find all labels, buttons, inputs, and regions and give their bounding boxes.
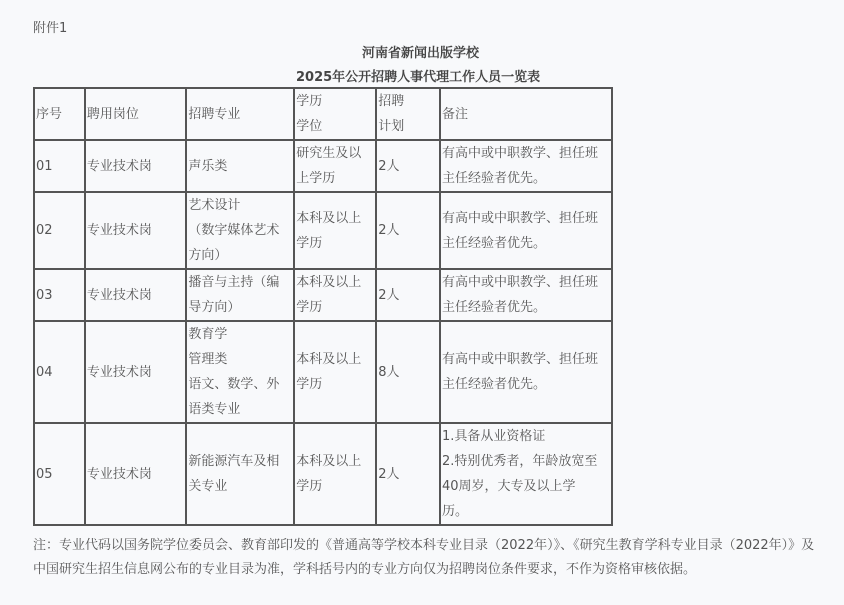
cell-major-line: 方向）: [188, 243, 292, 268]
cell-major-line: 语文、数学、外: [188, 372, 292, 397]
cell-edu-line: 学历: [296, 231, 374, 256]
cell-major-line: （数字媒体艺术: [188, 218, 292, 243]
cell-remark-line: 主任经验者优先。: [442, 166, 610, 191]
cell-edu: 本科及以上学历: [294, 423, 376, 525]
header-edu-line: 学历: [296, 89, 374, 114]
cell-remark-line: 2.特别优秀者，年龄放宽至: [442, 449, 610, 474]
cell-major-line: 艺术设计: [188, 193, 292, 218]
recruitment-table: 序号 聘用岗位 招聘专业 学历 学位 招聘 计划 备注 01专业技术岗声乐类研究…: [33, 87, 613, 526]
cell-plan: 2人: [376, 423, 440, 525]
cell-position: 专业技术岗: [85, 321, 187, 423]
cell-remark-line: 主任经验者优先。: [442, 295, 610, 320]
cell-edu: 本科及以上学历: [294, 192, 376, 269]
cell-remark-line: 有高中或中职教学、担任班: [442, 347, 610, 372]
cell-remark-line: 主任经验者优先。: [442, 231, 610, 256]
cell-seq: 02: [34, 192, 85, 269]
cell-remark-line: 40周岁，大专及以上学: [442, 474, 610, 499]
cell-major: 声乐类: [186, 140, 294, 192]
cell-major-line: 管理类: [188, 347, 292, 372]
cell-plan: 2人: [376, 140, 440, 192]
cell-edu: 本科及以上学历: [294, 269, 376, 321]
header-plan: 招聘 计划: [376, 88, 440, 140]
cell-remark-line: 有高中或中职教学、担任班: [442, 206, 610, 231]
cell-major-line: 导方向）: [188, 295, 292, 320]
page-title-table: 2025年公开招聘人事代理工作人员一览表: [296, 66, 540, 85]
attachment-label: 附件1: [33, 17, 67, 36]
cell-edu-line: 学历: [296, 474, 374, 499]
cell-remark: 有高中或中职教学、担任班主任经验者优先。: [440, 192, 612, 269]
cell-position: 专业技术岗: [85, 423, 187, 525]
cell-remark: 有高中或中职教学、担任班主任经验者优先。: [440, 269, 612, 321]
cell-position: 专业技术岗: [85, 140, 187, 192]
cell-plan: 8人: [376, 321, 440, 423]
header-edu: 学历 学位: [294, 88, 376, 140]
header-plan-line: 计划: [378, 114, 438, 139]
cell-major: 艺术设计（数字媒体艺术方向）: [186, 192, 294, 269]
table-row: 03专业技术岗播音与主持（编导方向）本科及以上学历2人有高中或中职教学、担任班主…: [34, 269, 612, 321]
cell-edu: 研究生及以上学历: [294, 140, 376, 192]
cell-edu-line: 本科及以上: [296, 347, 374, 372]
cell-major: 教育学管理类语文、数学、外语类专业: [186, 321, 294, 423]
cell-edu-line: 上学历: [296, 166, 374, 191]
cell-seq: 03: [34, 269, 85, 321]
cell-edu: 本科及以上学历: [294, 321, 376, 423]
footnote: 注：专业代码以国务院学位委员会、教育部印发的《普通高等学校本科专业目录（2022…: [33, 534, 823, 582]
cell-remark-line: 历。: [442, 499, 610, 524]
cell-major-line: 播音与主持（编: [188, 270, 292, 295]
cell-plan: 2人: [376, 192, 440, 269]
cell-major: 新能源汽车及相关专业: [186, 423, 294, 525]
table-row: 01专业技术岗声乐类研究生及以上学历2人有高中或中职教学、担任班主任经验者优先。: [34, 140, 612, 192]
page-title-school: 河南省新闻出版学校: [362, 42, 479, 61]
cell-remark: 有高中或中职教学、担任班主任经验者优先。: [440, 140, 612, 192]
header-edu-line: 学位: [296, 114, 374, 139]
cell-remark: 有高中或中职教学、担任班主任经验者优先。: [440, 321, 612, 423]
cell-edu-line: 学历: [296, 372, 374, 397]
table-header-row: 序号 聘用岗位 招聘专业 学历 学位 招聘 计划 备注: [34, 88, 612, 140]
cell-remark-line: 有高中或中职教学、担任班: [442, 141, 610, 166]
header-plan-line: 招聘: [378, 89, 438, 114]
table-row: 02专业技术岗艺术设计（数字媒体艺术方向）本科及以上学历2人有高中或中职教学、担…: [34, 192, 612, 269]
cell-edu-line: 学历: [296, 295, 374, 320]
cell-major-line: 语类专业: [188, 397, 292, 422]
cell-position: 专业技术岗: [85, 192, 187, 269]
cell-edu-line: 本科及以上: [296, 449, 374, 474]
cell-seq: 01: [34, 140, 85, 192]
cell-remark-line: 1.具备从业资格证: [442, 424, 610, 449]
cell-position: 专业技术岗: [85, 269, 187, 321]
cell-edu-line: 本科及以上: [296, 270, 374, 295]
cell-edu-line: 本科及以上: [296, 206, 374, 231]
header-seq: 序号: [34, 88, 85, 140]
cell-plan: 2人: [376, 269, 440, 321]
cell-remark-line: 主任经验者优先。: [442, 372, 610, 397]
cell-major-line: 关专业: [188, 474, 292, 499]
cell-major-line: 声乐类: [188, 154, 292, 179]
table-row: 05专业技术岗新能源汽车及相关专业本科及以上学历2人1.具备从业资格证2.特别优…: [34, 423, 612, 525]
header-position: 聘用岗位: [85, 88, 187, 140]
cell-major: 播音与主持（编导方向）: [186, 269, 294, 321]
cell-seq: 04: [34, 321, 85, 423]
cell-major-line: 教育学: [188, 322, 292, 347]
cell-major-line: 新能源汽车及相: [188, 449, 292, 474]
header-remark: 备注: [440, 88, 612, 140]
cell-edu-line: 研究生及以: [296, 141, 374, 166]
cell-remark-line: 有高中或中职教学、担任班: [442, 270, 610, 295]
table-row: 04专业技术岗教育学管理类语文、数学、外语类专业本科及以上学历8人有高中或中职教…: [34, 321, 612, 423]
cell-remark: 1.具备从业资格证2.特别优秀者，年龄放宽至40周岁，大专及以上学历。: [440, 423, 612, 525]
header-major: 招聘专业: [186, 88, 294, 140]
cell-seq: 05: [34, 423, 85, 525]
